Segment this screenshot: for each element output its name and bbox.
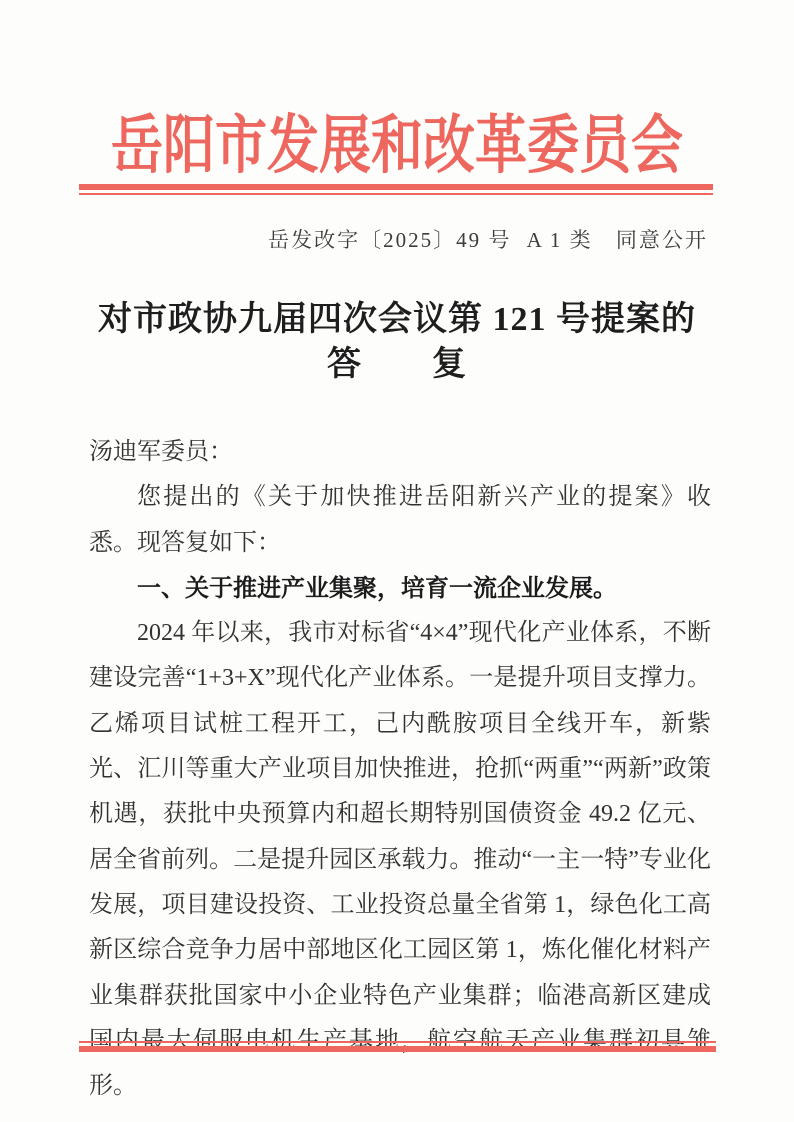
doc-number: 岳发改字〔2025〕49 号 bbox=[268, 228, 511, 252]
intro-paragraph: 您提出的《关于加快推进岳阳新兴产业的提案》收悉。现答复如下： bbox=[89, 475, 711, 566]
document-title: 对市政协九届四次会议第 121 号提案的 答 复 bbox=[0, 297, 794, 387]
document-body: 汤迪军委员： 您提出的《关于加快推进岳阳新兴产业的提案》收悉。现答复如下： 一、… bbox=[89, 430, 711, 1109]
official-document-page: 岳阳市发展和改革委员会 岳发改字〔2025〕49 号 A 1 类 同意公开 对市… bbox=[0, 0, 794, 1122]
salutation: 汤迪军委员： bbox=[89, 430, 711, 475]
document-title-line1: 对市政协九届四次会议第 121 号提案的 bbox=[98, 301, 696, 338]
doc-number-line: 岳发改字〔2025〕49 号 A 1 类 同意公开 bbox=[91, 224, 794, 254]
letterhead-double-rule bbox=[79, 184, 713, 195]
doc-publicity-status: 同意公开 bbox=[616, 228, 708, 252]
section-1-heading: 一、关于推进产业集聚，培育一流企业发展。 bbox=[89, 566, 711, 611]
document-title-line2: 答 复 bbox=[327, 346, 467, 383]
footer-double-rule bbox=[79, 1041, 716, 1052]
rule-thick-bar bbox=[79, 1046, 716, 1052]
agency-letterhead: 岳阳市发展和改革委员会 bbox=[0, 94, 794, 186]
doc-classification: A 1 类 bbox=[527, 228, 593, 252]
rule-thin-bar bbox=[79, 193, 713, 195]
section-1-paragraph: 2024 年以来，我市对标省“4×4”现代化产业体系，不断建设完善“1+3+X”… bbox=[89, 611, 711, 1109]
